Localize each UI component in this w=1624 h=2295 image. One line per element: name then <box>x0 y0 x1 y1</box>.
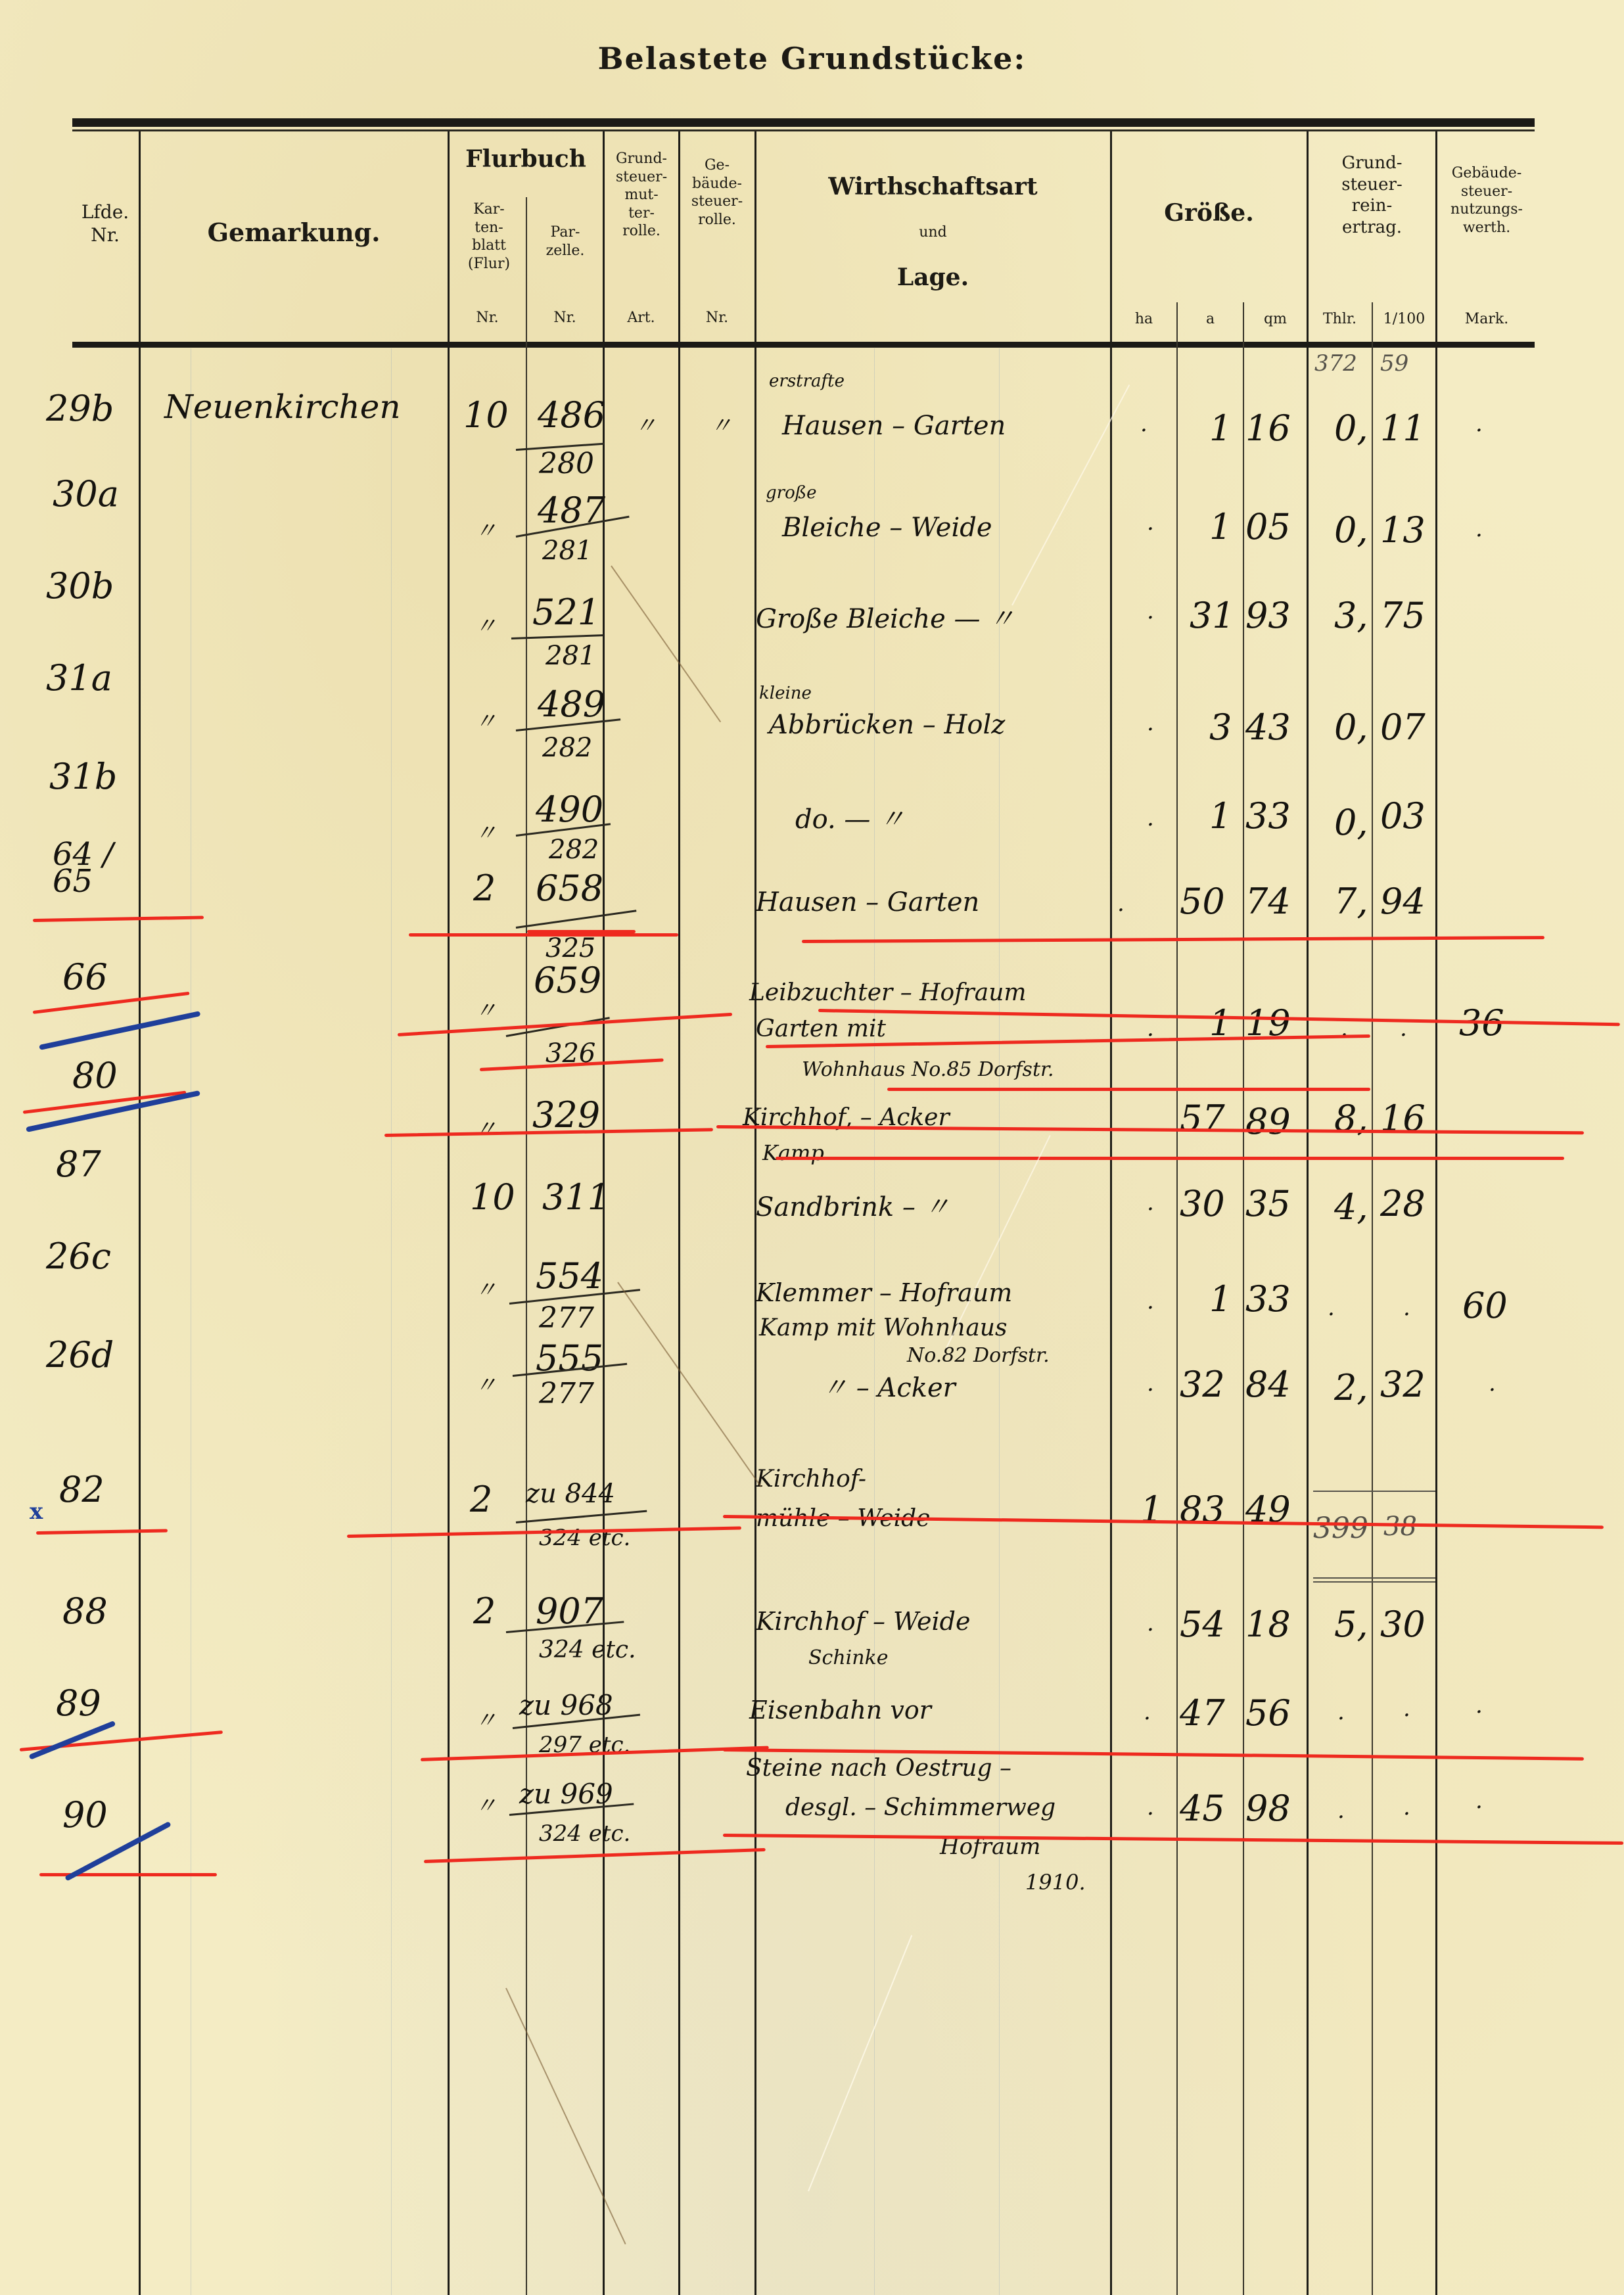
fraction-line <box>516 1510 647 1523</box>
parzelle-nr: zu 968 <box>519 1689 613 1721</box>
paper-crease <box>505 1988 626 2245</box>
flur-nr: 2 <box>473 868 496 909</box>
strike-red-row <box>776 1157 1564 1160</box>
fraction-line <box>511 634 603 639</box>
thlr-value: 0, <box>1334 802 1368 843</box>
header-groesse-ha: ha <box>1111 310 1176 329</box>
flur-nr: 2 <box>470 1479 492 1520</box>
lfde-nr: 26c <box>46 1236 111 1277</box>
thlr-value: 0, <box>1334 707 1368 748</box>
thlr-value: 7, <box>1334 881 1368 922</box>
faint-rule <box>191 348 191 2295</box>
strike-red-flurbuch <box>409 933 678 937</box>
ha-value: . <box>1147 1288 1154 1314</box>
header-kartenblatt-unit: Nr. <box>449 309 526 327</box>
ha-value: . <box>1147 1111 1154 1137</box>
mark-value: . <box>1489 1370 1496 1397</box>
col-line-groesse <box>1307 131 1309 2295</box>
a-value: 1 <box>1209 506 1232 547</box>
ha-value: . <box>1147 805 1154 831</box>
parzelle-nr: 487 <box>538 490 605 531</box>
strike-red-lfde <box>33 992 190 1014</box>
flur-nr: 10 <box>470 1176 515 1218</box>
header-gebaeudesteuerrolle-unit: Nr. <box>680 309 754 327</box>
col-line-wirthschaftsart <box>1110 131 1112 2295</box>
ha-value: . <box>1147 1794 1154 1820</box>
hundredths-value: 28 <box>1380 1183 1426 1224</box>
qm-value: 16 <box>1245 407 1291 449</box>
lfde-nr: 30a <box>53 473 119 515</box>
header-grundsteuermutterrolle-unit: Art. <box>604 309 678 327</box>
qm-value: 74 <box>1245 881 1291 922</box>
thlr-value: 2, <box>1334 1367 1368 1408</box>
ha-value: 1 <box>1140 1489 1163 1530</box>
strike-red-lfde <box>36 1529 168 1535</box>
header-gebaeudesteuerrolle: Ge- bäude- steuer- rolle. <box>680 156 754 229</box>
hundredths-value: 07 <box>1380 707 1426 748</box>
wirthschaft-line1: große <box>766 483 816 503</box>
hundredths-value: 30 <box>1380 1604 1426 1645</box>
ha-value: . <box>1144 1699 1151 1725</box>
lfde-nr: 31a <box>46 657 112 699</box>
header-top-rule <box>72 118 1535 127</box>
parzelle-nr: 659 <box>534 960 601 1001</box>
geb-ditto: 〃 <box>710 407 732 440</box>
header-lfde-nr: Lfde. Nr. <box>72 200 138 246</box>
lfde-nr: 29b <box>46 388 114 429</box>
wirthschaft-line2: Große Bleiche — 〃 <box>756 598 1015 636</box>
col-line-ha <box>1176 302 1178 2295</box>
parzelle-nr: 521 <box>532 591 600 633</box>
header-lage: Lage. <box>756 263 1110 292</box>
flur-ditto: 〃 <box>475 1702 497 1734</box>
lfde-nr: 66 <box>62 956 108 998</box>
wirthschaft-line1: Steine nach Oestrug – <box>746 1755 1011 1782</box>
a-value: 30 <box>1180 1183 1225 1224</box>
hundredths-value: . <box>1403 1696 1410 1722</box>
parzelle-nr: zu 844 <box>526 1479 615 1509</box>
col-line-gemarkung <box>448 131 450 2295</box>
mark-value: . <box>1475 1692 1483 1719</box>
a-value: 32 <box>1180 1364 1225 1405</box>
header-parzelle: Par- zelle. <box>529 223 601 260</box>
hundredths-value: 13 <box>1380 509 1426 551</box>
hundredths-value: . <box>1403 1295 1410 1321</box>
qm-value: 33 <box>1245 795 1291 837</box>
ha-value: . <box>1140 411 1148 437</box>
lfde-nr: 82 <box>59 1469 104 1510</box>
thlr-value: . <box>1337 1699 1345 1725</box>
header-groesse-qm: qm <box>1244 310 1307 329</box>
mark-value: . <box>1475 516 1483 542</box>
page-title: Belastete Grundstücke: <box>0 41 1624 76</box>
flur-nr: 2 <box>473 1590 496 1632</box>
header-reinertrag: Grund- steuer- rein- ertrag. <box>1309 152 1435 238</box>
ha-value: . <box>1147 710 1154 736</box>
carry-over-hundredths: 59 <box>1380 350 1408 377</box>
qm-value: 33 <box>1245 1278 1291 1320</box>
thlr-value: 0, <box>1334 509 1368 551</box>
parzelle-sub: 282 <box>542 733 592 763</box>
header-groesse-a: a <box>1178 310 1243 329</box>
ha-value: . <box>1147 509 1154 536</box>
thlr-value: 3, <box>1334 595 1368 636</box>
wirthschaft-line2: Garten mit <box>756 1015 886 1042</box>
qm-value: 89 <box>1245 1101 1291 1142</box>
header-bottom-rule <box>72 342 1535 348</box>
parzelle-sub: 277 <box>539 1301 594 1335</box>
wirthschaft-line2: Kamp <box>762 1140 824 1165</box>
parzelle-nr: 486 <box>538 394 605 436</box>
parzelle-sub: 280 <box>539 447 594 480</box>
wirthschaft-line2: Eisenbahn vor <box>749 1696 931 1725</box>
parzelle-sub: 324 etc. <box>539 1820 630 1847</box>
hundredths-value: 03 <box>1380 795 1426 837</box>
parzelle-sub: 281 <box>545 641 595 671</box>
flur-nr: 10 <box>463 394 509 436</box>
qm-value: 05 <box>1245 506 1291 547</box>
a-value: 3 <box>1209 707 1232 748</box>
wirthschaft-line3: No.82 Dorfstr. <box>907 1344 1050 1367</box>
hundredths-value: 32 <box>1380 1364 1426 1405</box>
wirthschaft-line1: Kirchhof- <box>756 1466 866 1493</box>
strike-blue-lfde <box>39 1011 200 1050</box>
flur-ditto: 〃 <box>475 513 497 545</box>
lfde-nr: 64 / 65 <box>53 841 131 895</box>
lfde-nr: 31b <box>49 756 117 797</box>
thlr-value: 5, <box>1334 1604 1368 1645</box>
parzelle-nr: 311 <box>542 1176 610 1218</box>
lfde-nr: 89 <box>56 1682 101 1724</box>
a-value: 45 <box>1180 1788 1225 1829</box>
strike-red-row <box>887 1088 1370 1091</box>
wirthschaft-line2: Bleiche – Weide <box>782 513 992 543</box>
wirthschaft-line4: 1910. <box>1025 1870 1086 1895</box>
col-line-thlr <box>1372 302 1373 2295</box>
flur-ditto: 〃 <box>475 608 497 640</box>
sum-line <box>1313 1491 1435 1492</box>
ha-value: . <box>1147 1610 1154 1636</box>
flur-ditto: 〃 <box>475 1111 497 1143</box>
mark-value: 60 <box>1462 1285 1508 1326</box>
wirthschaft-line2: Hausen – Garten <box>782 411 1006 441</box>
wirthschaft-line2: Kirchhof – Weide <box>756 1607 970 1636</box>
a-value: 1 <box>1209 407 1232 449</box>
paper-crease <box>617 1282 762 1487</box>
qm-value: 84 <box>1245 1364 1291 1405</box>
col-line-lfde <box>139 131 141 2295</box>
col-line-reinertrag <box>1435 131 1437 2295</box>
flur-ditto: 〃 <box>475 815 497 847</box>
hundredths-value: 75 <box>1380 595 1426 636</box>
header-reinertrag-thlr: Thlr. <box>1308 310 1372 329</box>
strike-red-lfde <box>33 916 204 922</box>
header-parzelle-unit: Nr. <box>527 309 603 327</box>
hundredths-value: . <box>1403 1794 1410 1820</box>
a-value: 50 <box>1180 881 1225 922</box>
header-nutzungswerth-unit: Mark. <box>1437 310 1536 329</box>
strike-blue-lfde <box>26 1090 200 1132</box>
paper-crease <box>808 1935 912 2191</box>
thlr-value: 399 <box>1313 1512 1368 1545</box>
header-kartenblatt: Kar- ten- blatt (Flur) <box>453 200 524 273</box>
a-value: 31 <box>1190 595 1235 636</box>
header-reinertrag-hundredths: 1/100 <box>1373 310 1435 329</box>
thlr-value: . <box>1328 1295 1335 1321</box>
parzelle-nr: zu 969 <box>519 1778 613 1810</box>
parzelle-sub: 324 etc. <box>539 1636 636 1663</box>
thlr-value: 0, <box>1334 407 1368 449</box>
flur-ditto: 〃 <box>475 1272 497 1304</box>
strike-red-row <box>723 1834 1623 1845</box>
lfde-nr: 87 <box>56 1144 101 1185</box>
ha-value: . <box>1117 891 1125 917</box>
parzelle-nr: 490 <box>536 789 603 830</box>
strike-red-flurbuch <box>424 1848 766 1863</box>
parzelle-sub: 281 <box>542 536 592 566</box>
qm-value: 93 <box>1245 595 1291 636</box>
lfde-nr: 80 <box>72 1055 118 1096</box>
faint-rule <box>391 348 392 2295</box>
flur-ditto: 〃 <box>475 1788 497 1820</box>
wirthschaft-line2: do. — 〃 <box>795 799 905 836</box>
header-wirthschaftsart: Wirthschaftsart <box>756 172 1110 202</box>
header-top-thin-rule <box>72 129 1535 131</box>
qm-value: 43 <box>1245 707 1291 748</box>
strike-red-row <box>802 936 1544 943</box>
mark-value: . <box>1475 411 1483 437</box>
paper-crease <box>1011 384 1130 605</box>
col-line-a <box>1243 302 1244 2295</box>
ha-value: . <box>1147 1190 1154 1216</box>
hundredths-value: 38 <box>1383 1512 1417 1542</box>
header-flurbuch: Flurbuch <box>449 145 603 174</box>
header-und: und <box>756 223 1110 242</box>
header-grundsteuermutterrolle: Grund- steuer- mut- ter- rolle. <box>605 150 678 241</box>
wirthschaft-line3: Schinke <box>808 1646 889 1669</box>
qm-value: 18 <box>1245 1604 1291 1645</box>
parzelle-sub: 277 <box>539 1377 594 1410</box>
thlr-value: 4, <box>1334 1186 1368 1228</box>
wirthschaft-line2: 〃 – Acker <box>822 1367 956 1404</box>
a-value: 1 <box>1209 795 1232 837</box>
wirthschaft-line3: Wohnhaus No.85 Dorfstr. <box>802 1058 1054 1081</box>
header-nutzungswerth: Gebäude- steuer- nutzungs- werth. <box>1437 164 1536 237</box>
a-value: 57 <box>1180 1098 1225 1139</box>
paper-crease <box>611 565 721 722</box>
mark-value: . <box>1475 1788 1483 1814</box>
wirthschaft-line1: kleine <box>759 684 812 703</box>
hundredths-value: 94 <box>1380 881 1426 922</box>
wirthschaft-line2: Abbrücken – Holz <box>769 710 1005 740</box>
ha-value: . <box>1147 598 1154 624</box>
thlr-value: . <box>1337 1797 1345 1824</box>
carry-over-thlr: 372 <box>1314 350 1357 377</box>
lfde-nr: 90 <box>62 1794 108 1836</box>
a-value: 54 <box>1180 1604 1225 1645</box>
wirthschaft-line1: erstrafte <box>769 371 845 391</box>
wirthschaft-line2: Kamp mit Wohnhaus <box>759 1314 1007 1341</box>
a-value: 47 <box>1180 1692 1225 1734</box>
wirthschaft-line2: Sandbrink – 〃 <box>756 1186 950 1224</box>
parzelle-sub: 282 <box>549 835 599 865</box>
header-gemarkung: Gemarkung. <box>140 217 448 248</box>
wirthschaft-line1: Leibzuchter – Hofraum <box>749 979 1027 1006</box>
qm-value: 35 <box>1245 1183 1291 1224</box>
flur-ditto: 〃 <box>475 992 497 1025</box>
parzelle-nr: 658 <box>536 868 603 909</box>
qm-value: 98 <box>1245 1788 1291 1829</box>
sum-double-line <box>1313 1577 1435 1579</box>
hundredths-value: 11 <box>1380 407 1426 449</box>
col-line-grundsteuerrolle <box>678 131 680 2295</box>
lfde-nr: 30b <box>46 565 114 607</box>
flur-ditto: 〃 <box>475 703 497 735</box>
art-ditto: 〃 <box>634 407 657 440</box>
col-line-kartenblatt <box>526 197 527 2295</box>
gemarkung-value: Neuenkirchen <box>164 388 401 426</box>
lfde-nr: 26d <box>46 1334 114 1376</box>
strike-blue-lfde <box>29 1721 116 1760</box>
flur-ditto: 〃 <box>475 1367 497 1399</box>
parzelle-nr: 489 <box>538 684 605 725</box>
a-value: 1 <box>1209 1278 1232 1320</box>
strike-red-parzelle-sub <box>527 930 636 933</box>
header-groesse: Größe. <box>1111 198 1307 228</box>
lfde-mark: x <box>30 1498 43 1525</box>
sum-double-line <box>1313 1581 1435 1583</box>
qm-value: 56 <box>1245 1692 1291 1734</box>
wirthschaft-line2: Hausen – Garten <box>756 887 979 917</box>
parzelle-nr: 554 <box>536 1255 603 1297</box>
wirthschaft-line2: desgl. – Schimmerweg <box>785 1794 1056 1821</box>
ha-value: . <box>1147 1370 1154 1397</box>
fraction-line <box>516 910 637 929</box>
lfde-nr: 88 <box>62 1590 108 1632</box>
